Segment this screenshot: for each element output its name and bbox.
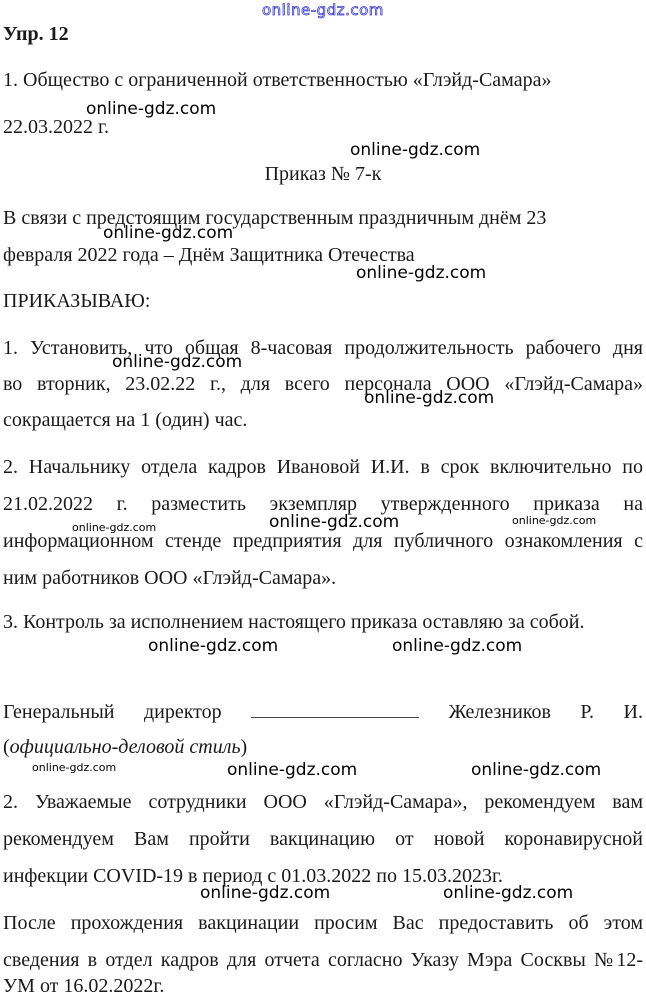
watermark: online-gdz.com <box>356 263 486 283</box>
signature-line <box>251 701 419 718</box>
watermark: online-gdz.com <box>471 760 601 780</box>
signature-position: Генеральный <box>3 700 115 724</box>
signature-initial-2: И. <box>624 700 643 724</box>
watermark: online-gdz.com <box>32 761 116 774</box>
order-title: Приказ № 7-к <box>0 162 646 186</box>
intro-line-2: февраля 2022 года – Днём Защитника Отече… <box>3 243 415 267</box>
style-note-text: официально-деловой стиль <box>10 736 241 758</box>
signature-row: Генеральный директор Железников Р. И. <box>3 700 643 724</box>
style-note: (официально-деловой стиль) <box>3 735 247 759</box>
part2-para1-line-2: рекомендуем Вам пройти вакцинацию от нов… <box>3 827 643 851</box>
item1-line-1: 1. Установить, что общая 8-часовая продо… <box>3 336 643 360</box>
exercise-title: Упр. 12 <box>3 22 69 46</box>
watermark: online-gdz.com <box>443 883 573 903</box>
watermark: online-gdz.com <box>86 99 216 119</box>
watermark: online-gdz.com <box>103 223 233 243</box>
item1-line-3: сокращается на 1 (один) час. <box>3 408 247 432</box>
intro-line-1: В связи с предстоящим государственным пр… <box>3 206 546 230</box>
watermark: online-gdz.com <box>200 883 330 903</box>
item3: 3. Контроль за исполнением настоящего пр… <box>3 610 584 634</box>
signature-initial-1: Р. <box>580 700 594 724</box>
watermark: online-gdz.com <box>392 636 522 656</box>
part2-para1-line-1: 2. Уважаемые сотрудники ООО «Глэйд-Самар… <box>3 790 643 814</box>
watermark: online-gdz.com <box>512 514 596 527</box>
part2-para2-line-3: УМ от 16.02.2022г. <box>3 974 164 992</box>
order-word: ПРИКАЗЫВАЮ: <box>3 289 150 313</box>
watermark-top: online-gdz.com <box>262 1 384 19</box>
watermark: online-gdz.com <box>350 140 480 160</box>
item2-line-4: ним работников ООО «Глэйд-Самара». <box>3 566 336 590</box>
organization-name: 1. Общество с ограниченной ответственнос… <box>3 68 551 92</box>
watermark: online-gdz.com <box>269 512 399 532</box>
signature-name: Железников <box>449 700 551 724</box>
part2-para2-line-1: После прохождения вакцинации просим Вас … <box>3 911 643 935</box>
watermark: online-gdz.com <box>72 521 156 534</box>
signature-position-2: директор <box>144 700 222 724</box>
part2-para2-line-2: сведения в отдел кадров для отчета согла… <box>3 948 643 972</box>
watermark: online-gdz.com <box>148 636 278 656</box>
watermark: online-gdz.com <box>227 760 357 780</box>
watermark: online-gdz.com <box>364 388 494 408</box>
item2-line-1: 2. Начальнику отдела кадров Ивановой И.И… <box>3 455 643 479</box>
item1-line-2: во вторник, 23.02.22 г., для всего персо… <box>3 372 643 396</box>
watermark: online-gdz.com <box>112 352 242 372</box>
